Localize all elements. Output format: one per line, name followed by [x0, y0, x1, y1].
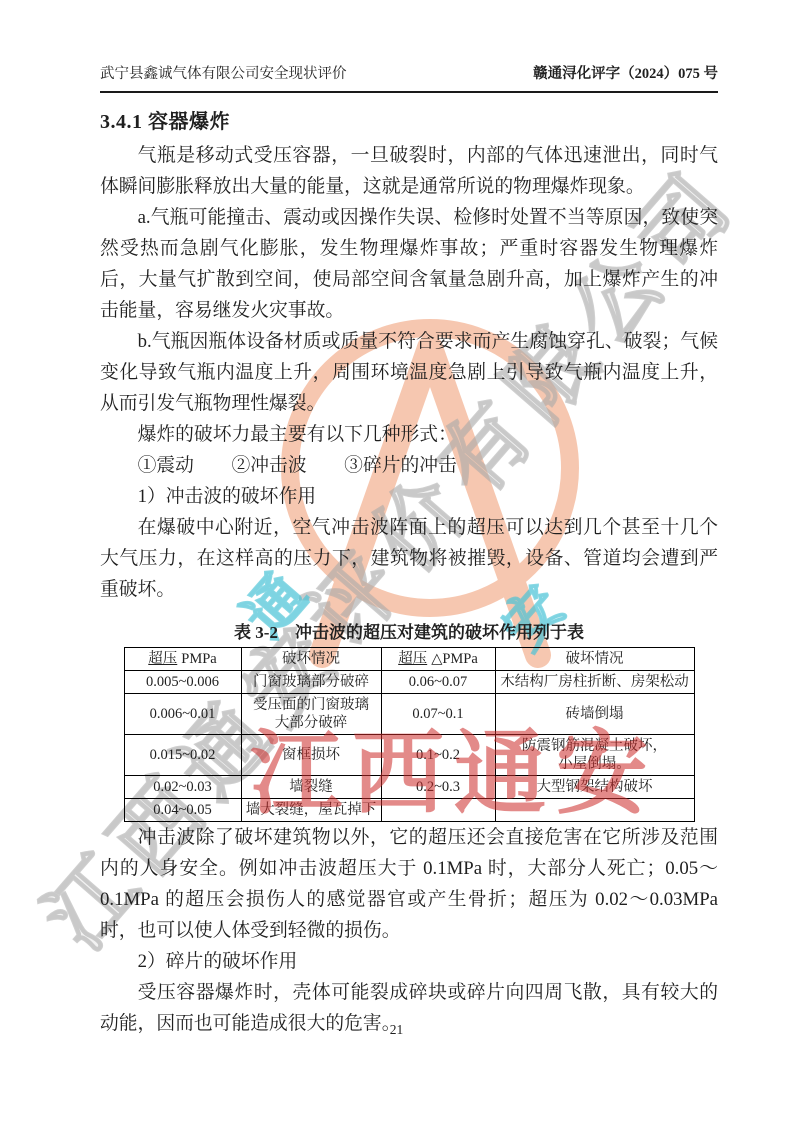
- table-cell: 0.07~0.1: [381, 694, 495, 735]
- table-cell: 门窗玻璃部分破碎: [241, 671, 381, 694]
- table-cell: [495, 799, 694, 822]
- header-left-title: 武宁县鑫诚气体有限公司安全现状评价: [100, 64, 347, 84]
- table-cell: 砖墙倒塌: [495, 694, 694, 735]
- table-row: 0.005~0.006 门窗玻璃部分破碎 0.06~0.07 木结构厂房柱折断、…: [124, 671, 694, 694]
- table-title: 表 3-2 冲击波的超压对建筑的破坏作用列于表: [100, 618, 718, 643]
- table-cell: 0.005~0.006: [124, 671, 241, 694]
- header-right-doc-number: 赣通浔化评字（2024）075 号: [533, 64, 718, 84]
- page-header: 武宁县鑫诚气体有限公司安全现状评价 赣通浔化评字（2024）075 号: [100, 64, 718, 93]
- subheading-shockwave: 1）冲击波的破坏作用: [100, 481, 718, 512]
- table-row: 0.04~0.05 墙大裂缝，屋瓦掉下: [124, 799, 694, 822]
- document-content: 武宁县鑫诚气体有限公司安全现状评价 赣通浔化评字（2024）075 号 3.4.…: [0, 0, 793, 1039]
- table-cell: [381, 799, 495, 822]
- table-cell: 窗框损坏: [241, 735, 381, 776]
- table-cell: 0.006~0.01: [124, 694, 241, 735]
- table-cell: 0.1~0.2: [381, 735, 495, 776]
- table-cell: 防震钢筋混凝土破坏， 小屋倒塌。: [495, 735, 694, 776]
- table-header-row: 超压PMPa 破坏情况 超压△PMPa 破坏情况: [124, 648, 694, 671]
- table-cell: 木结构厂房柱折断、房架松动: [495, 671, 694, 694]
- section-heading: 3.4.1 容器爆炸: [100, 105, 718, 134]
- paragraph-after-table: 冲击波除了破坏建筑物以外，它的超压还会直接危害在它所涉及范围内的人身安全。例如冲…: [100, 822, 718, 946]
- overpressure-damage-table: 超压PMPa 破坏情况 超压△PMPa 破坏情况 0.005~0.006 门窗玻…: [124, 647, 695, 822]
- paragraph-cause-a: a.气瓶可能撞击、震动或因操作失误、检修时处置不当等原因，致使突然受热而急剧气化…: [100, 202, 718, 326]
- table-header-cell: 破坏情况: [495, 648, 694, 671]
- table-cell: 0.04~0.05: [124, 799, 241, 822]
- table-cell: 0.015~0.02: [124, 735, 241, 776]
- table-row: 0.015~0.02 窗框损坏 0.1~0.2 防震钢筋混凝土破坏， 小屋倒塌。: [124, 735, 694, 776]
- paragraph-forms-list: ①震动 ②冲击波 ③碎片的冲击: [100, 450, 718, 481]
- table-row: 0.006~0.01 受压面的门窗玻璃 大部分破碎 0.07~0.1 砖墙倒塌: [124, 694, 694, 735]
- document-page: 江西通安评价有限公司 通 安 武宁县鑫诚气体有限公司安全现状评价 赣通浔化评字（…: [0, 0, 793, 1122]
- table-row: 0.02~0.03 墙裂缝 0.2~0.3 大型钢架结构破坏: [124, 776, 694, 799]
- paragraph-forms-intro: 爆炸的破坏力最主要有以下几种形式：: [100, 419, 718, 450]
- paragraph-intro: 气瓶是移动式受压容器，一旦破裂时，内部的气体迅速泄出，同时气体瞬间膨胀释放出大量…: [100, 140, 718, 202]
- table-cell: 墙裂缝: [241, 776, 381, 799]
- subheading-fragment: 2）碎片的破坏作用: [100, 946, 718, 977]
- table-header-cell: 破坏情况: [241, 648, 381, 671]
- paragraph-shockwave: 在爆破中心附近，空气冲击波阵面上的超压可以达到几个甚至十几个大气压力，在这样高的…: [100, 512, 718, 605]
- table-header-cell: 超压△PMPa: [381, 648, 495, 671]
- table-cell: 0.06~0.07: [381, 671, 495, 694]
- table-cell: 大型钢架结构破坏: [495, 776, 694, 799]
- paragraph-cause-b: b.气瓶因瓶体设备材质或质量不符合要求而产生腐蚀穿孔、破裂；气候变化导致气瓶内温…: [100, 326, 718, 419]
- table-cell: 受压面的门窗玻璃 大部分破碎: [241, 694, 381, 735]
- table-header-cell: 超压PMPa: [124, 648, 241, 671]
- table-cell: 墙大裂缝，屋瓦掉下: [241, 799, 381, 822]
- table-cell: 0.2~0.3: [381, 776, 495, 799]
- page-number: 21: [0, 1022, 793, 1038]
- table-cell: 0.02~0.03: [124, 776, 241, 799]
